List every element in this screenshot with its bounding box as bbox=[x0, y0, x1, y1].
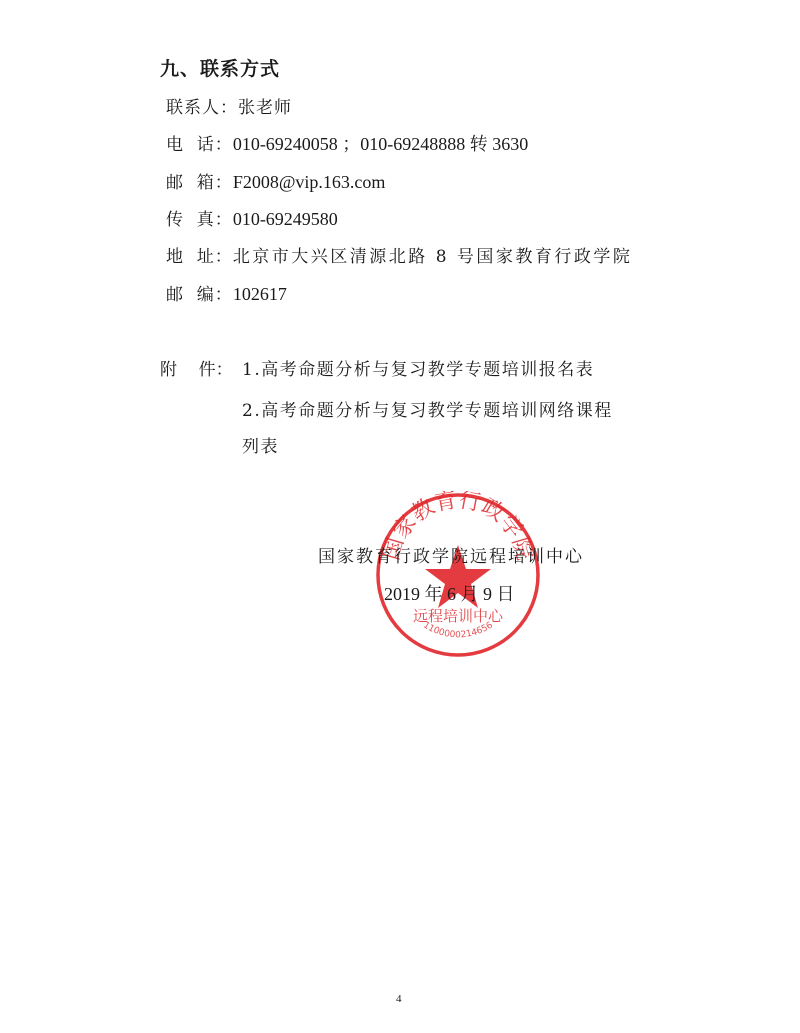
postcode-value: 102617 bbox=[233, 284, 287, 304]
phone-label: 电 话： bbox=[166, 135, 233, 155]
contact-person-value: 张老师 bbox=[238, 98, 292, 118]
official-seal-icon: 国家教育行政学院 远程培训中心 1100000214656 bbox=[374, 491, 542, 659]
address-label: 地 址： bbox=[166, 247, 233, 267]
phone-line: 电 话：010-69240058 ；010-69248888 转 3630 bbox=[166, 130, 528, 156]
fax-line: 传 真：010-69249580 bbox=[166, 205, 338, 230]
contact-person-line: 联系人：张老师 bbox=[166, 93, 292, 118]
page-number: 4 bbox=[396, 993, 402, 1005]
email-value: F2008@vip.163.com bbox=[233, 172, 386, 192]
fax-label: 传 真： bbox=[166, 210, 233, 230]
fax-value: 010-69249580 bbox=[233, 209, 338, 229]
attachment-item-2-continued: 列表 bbox=[242, 432, 279, 457]
attachment-item-2: 2.高考命题分析与复习教学专题培训网络课程 bbox=[242, 396, 613, 421]
signature-organization: 国家教育行政学院远程培训中心 bbox=[318, 542, 584, 567]
email-label: 邮 箱： bbox=[166, 173, 233, 193]
attachments-label: 附 件： bbox=[160, 355, 233, 380]
section-heading: 九、联系方式 bbox=[160, 54, 280, 81]
email-line: 邮 箱：F2008@vip.163.com bbox=[166, 168, 385, 193]
postcode-label: 邮 编： bbox=[166, 285, 233, 305]
attachment-item-1: 1.高考命题分析与复习教学专题培训报名表 bbox=[242, 355, 594, 380]
address-line: 地 址：北京市大兴区清源北路 8 号国家教育行政学院 bbox=[166, 242, 632, 267]
contact-person-label: 联系人： bbox=[166, 98, 238, 118]
address-value: 北京市大兴区清源北路 8 号国家教育行政学院 bbox=[233, 247, 633, 267]
signature-date: 2019 年 6 月 9 日 bbox=[384, 580, 515, 606]
postcode-line: 邮 编：102617 bbox=[166, 280, 287, 305]
phone-value: 010-69240058 ；010-69248888 转 3630 bbox=[233, 134, 529, 154]
